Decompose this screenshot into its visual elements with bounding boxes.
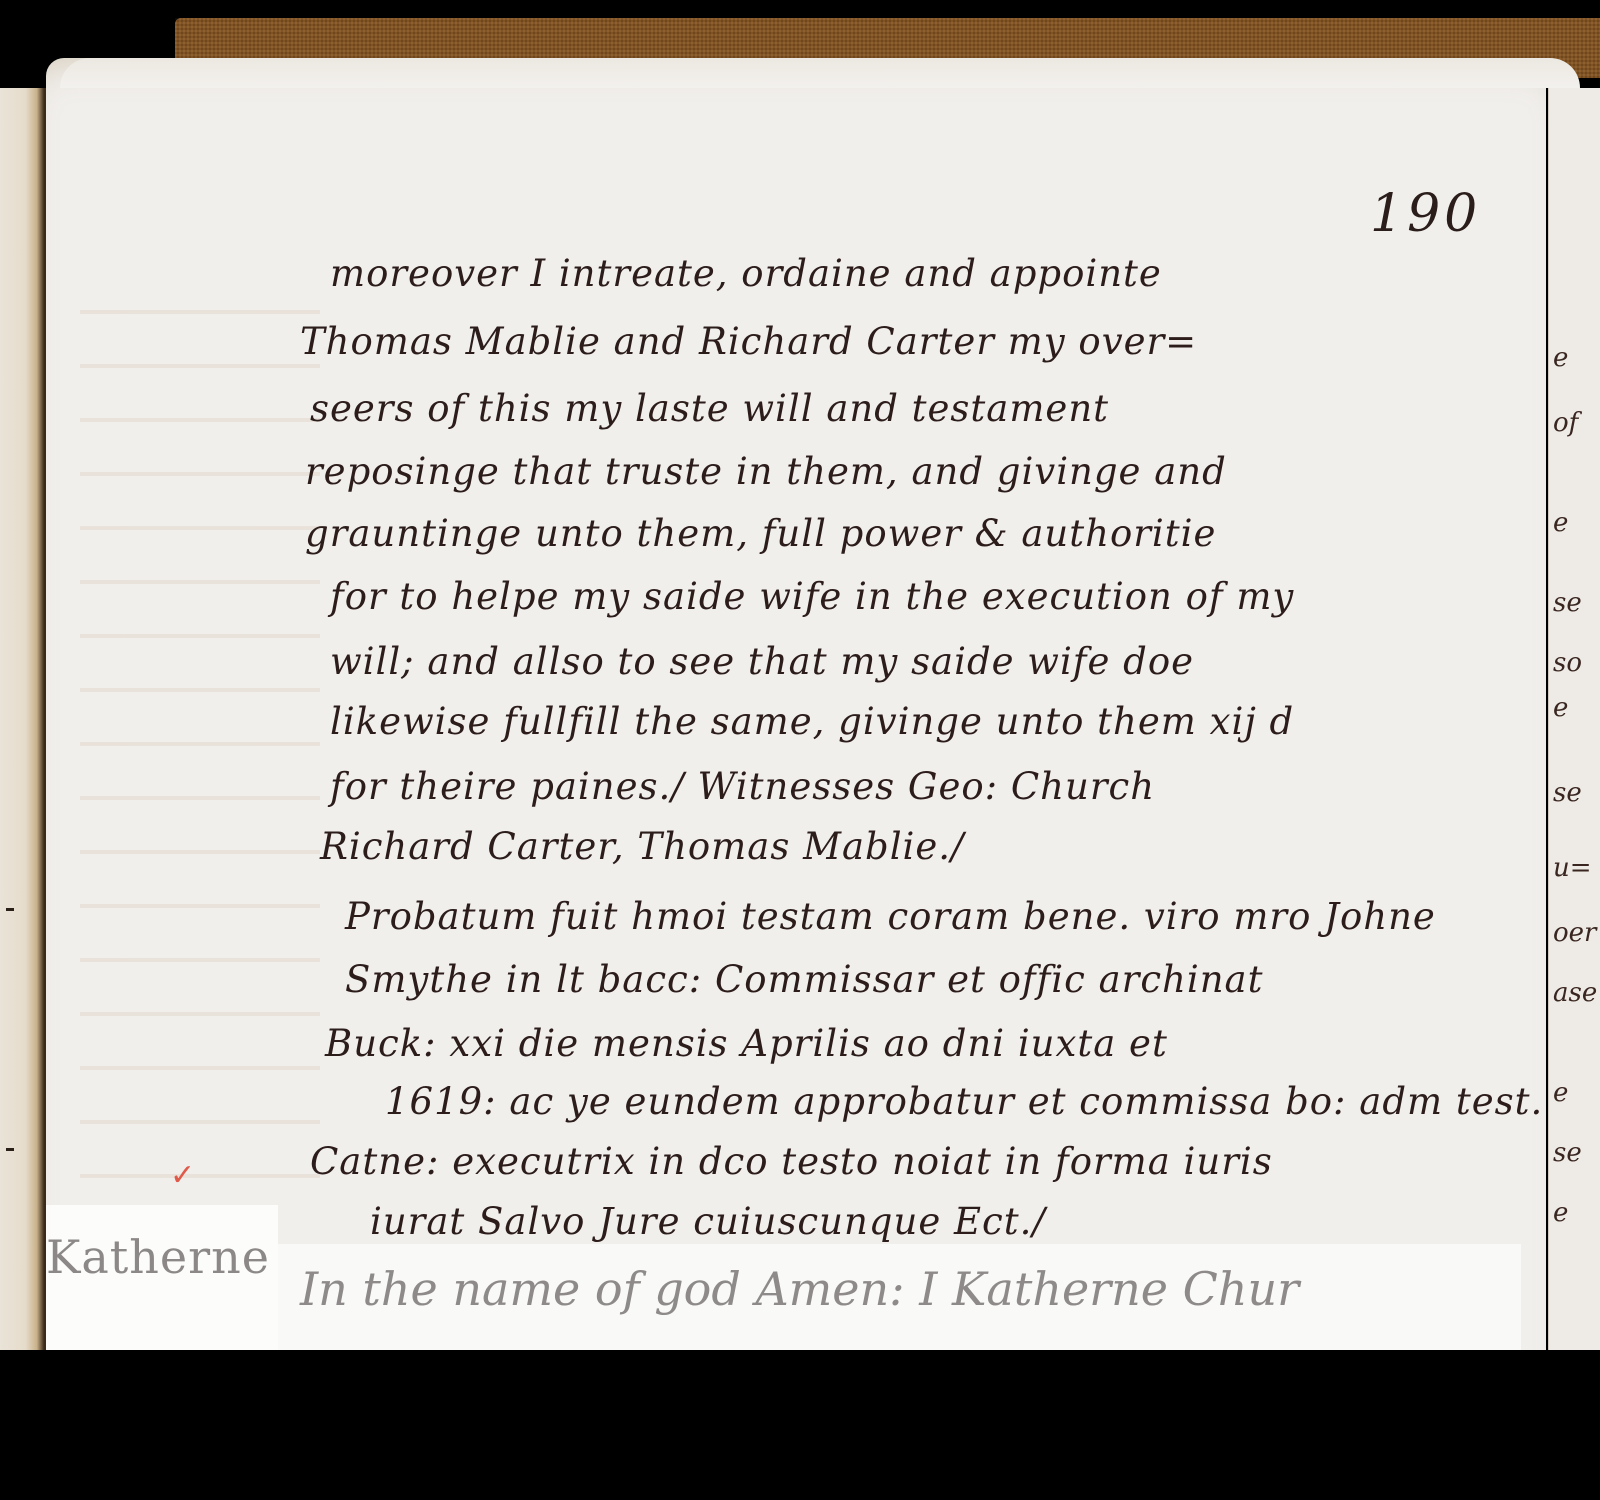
margin-fragment: e	[1553, 1078, 1568, 1108]
margin-fragment: se	[1553, 1138, 1582, 1168]
manuscript-line: for theire paines./ Witnesses Geo: Churc…	[330, 765, 1155, 808]
margin-fragment: e	[1553, 693, 1568, 723]
right-leaf-edge: e of e se so e se u= oer ase e se e	[1548, 88, 1600, 1350]
margin-fragment: e	[1553, 1198, 1568, 1228]
manuscript-line: reposinge that truste in them, and givin…	[305, 450, 1227, 493]
ink-speck	[6, 1148, 14, 1151]
manuscript-line: will; and allso to see that my saide wif…	[330, 640, 1194, 683]
manuscript-line: Catne: executrix in dco testo noiat in f…	[310, 1140, 1273, 1183]
next-entry-heading: In the name of god Amen: I Katherne Chur	[300, 1262, 1299, 1316]
manuscript-line: Probatum fuit hmoi testam coram bene. vi…	[345, 895, 1436, 938]
manuscript-line: for to helpe my saide wife in the execut…	[330, 575, 1294, 618]
manuscript-line: Richard Carter, Thomas Mablie./	[320, 825, 965, 868]
ink-speck	[6, 908, 14, 911]
manuscript-line: Smythe in lt bacc: Commissar et offic ar…	[345, 958, 1263, 1001]
manuscript-line: iurat Salvo Jure cuiuscunque Ect./	[370, 1200, 1046, 1243]
margin-fragment: u=	[1553, 853, 1592, 883]
margin-fragment: e	[1553, 508, 1568, 538]
margin-fragment: of	[1553, 408, 1578, 438]
manuscript-line: seers of this my laste will and testamen…	[310, 387, 1109, 430]
manuscript-line: Buck: xxi die mensis Aprilis ao dni iuxt…	[325, 1022, 1168, 1065]
margin-fragment: se	[1553, 588, 1582, 618]
margin-fragment: se	[1553, 778, 1582, 808]
manuscript-line: grauntinge unto them, full power & autho…	[305, 512, 1216, 555]
manuscript-line: likewise fullfill the same, givinge unto…	[330, 700, 1294, 743]
manuscript-line: 1619: ac ye eundem approbatur et commiss…	[385, 1080, 1543, 1123]
left-page-edge	[0, 88, 46, 1350]
manuscript-photo: e of e se so e se u= oer ase e se e 190 …	[0, 0, 1600, 1500]
margin-fragment: ase	[1553, 978, 1597, 1008]
bleed-through-text	[80, 260, 320, 1200]
margin-fragment: oer	[1553, 918, 1596, 948]
manuscript-line: Thomas Mablie and Richard Carter my over…	[300, 320, 1197, 363]
margin-name-label: Katherne	[46, 1230, 270, 1284]
page-top-edge	[60, 58, 1580, 88]
manuscript-line: moreover I intreate, ordaine and appoint…	[330, 252, 1162, 295]
page-number: 190	[1370, 184, 1481, 244]
margin-fragment: so	[1553, 648, 1582, 678]
margin-fragment: e	[1553, 343, 1568, 373]
red-check-mark: ✓	[170, 1158, 195, 1193]
